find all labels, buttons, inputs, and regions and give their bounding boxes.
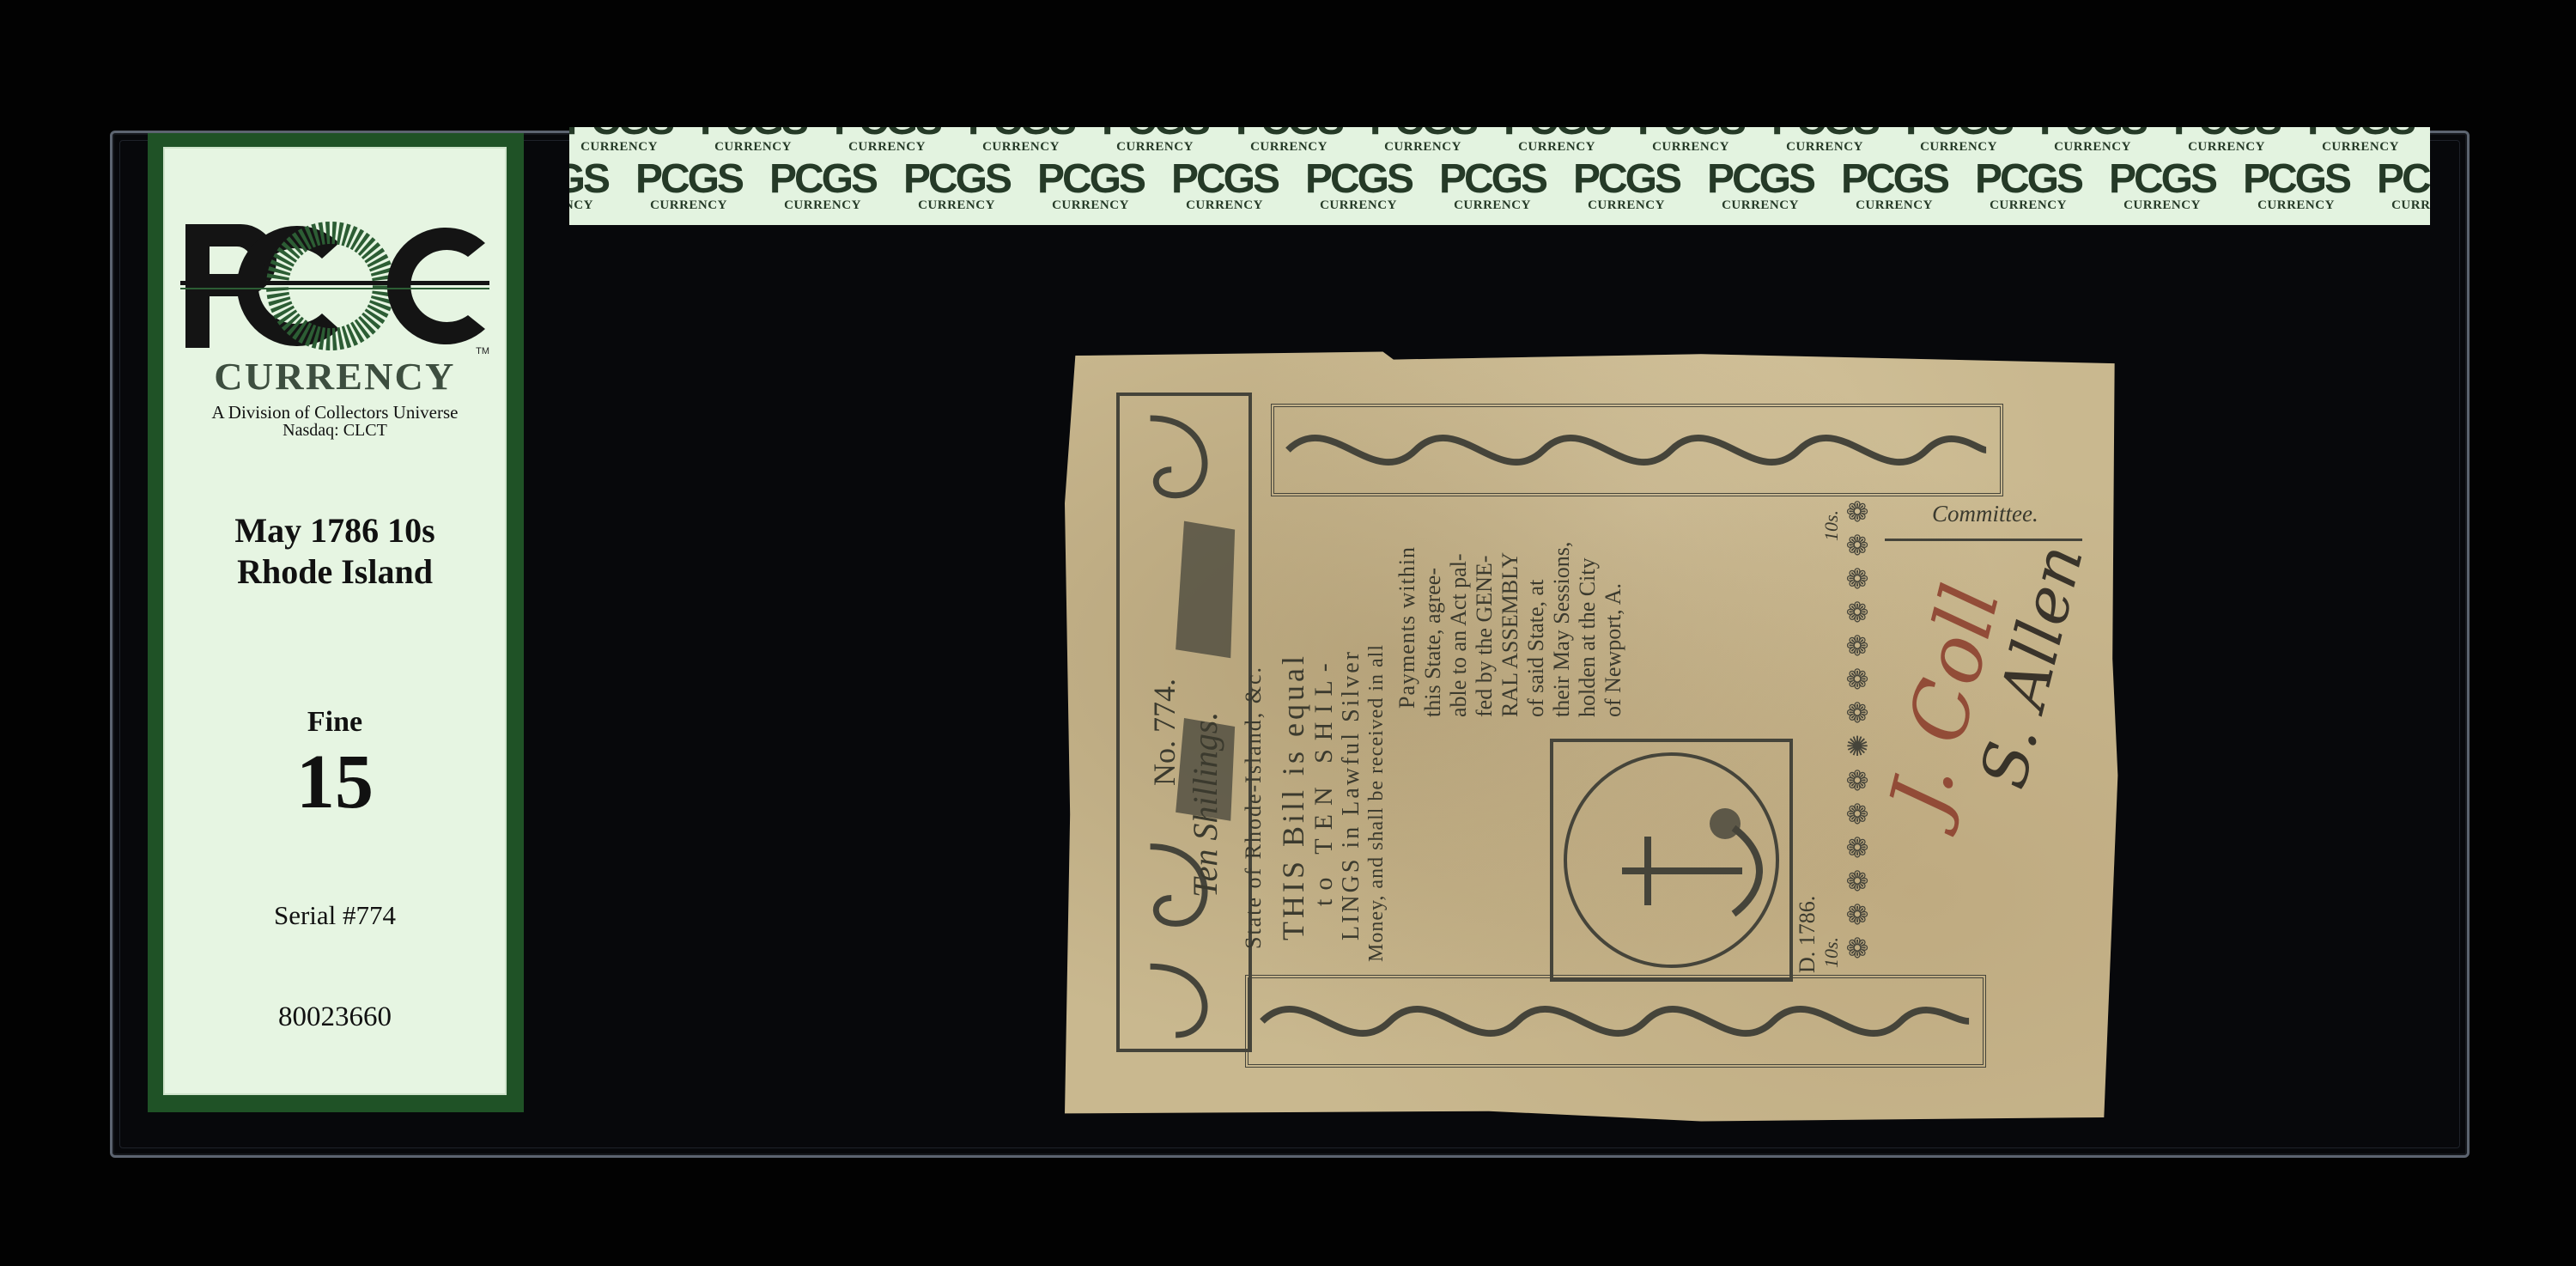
banner-logo: PCGSCURRENCY bbox=[1961, 160, 2095, 212]
grading-label-inner: TM CURRENCY A Division of Collectors Uni… bbox=[163, 147, 507, 1095]
rosette-icon: ❁ bbox=[1846, 867, 1869, 895]
banner-logo: PCGSCURRENCY bbox=[1222, 127, 1356, 154]
colonial-note: No. 774. Ten Shillings. State of Rhode-I… bbox=[1065, 348, 2125, 1125]
banner-row-top: PCGSCURRENCY PCGSCURRENCY PCGSCURRENCY P… bbox=[569, 127, 2427, 154]
note-body-line: holden at the City bbox=[1575, 557, 1601, 717]
eagle-icon bbox=[1176, 521, 1235, 659]
rosette-icon: ❁ bbox=[1846, 699, 1869, 727]
note-body-line: their May Sessions, bbox=[1549, 542, 1575, 717]
pcgs-security-banner: PCGSCURRENCY PCGSCURRENCY PCGSCURRENCY P… bbox=[569, 127, 2430, 225]
rosette-icon: ❁ bbox=[1846, 498, 1869, 526]
scroll-ornament-icon bbox=[1254, 983, 1978, 1059]
pcgs-logo-icon: TM bbox=[180, 217, 489, 355]
rosette-icon: ❁ bbox=[1846, 565, 1869, 593]
note-description-date: May 1786 10s bbox=[234, 510, 434, 551]
rosette-icon: ❁ bbox=[1846, 934, 1869, 962]
ticker-text: Nasdaq: CLCT bbox=[283, 422, 387, 440]
banner-logo: PCGSCURRENCY bbox=[756, 160, 890, 212]
note-body-line: THIS Bill is equal bbox=[1275, 653, 1311, 940]
note-bottom-border bbox=[1245, 975, 1986, 1068]
grading-label: TM CURRENCY A Division of Collectors Uni… bbox=[148, 133, 524, 1112]
note-denomination: Ten Shillings. bbox=[1185, 712, 1225, 898]
note-body-line: to TEN SHIL- bbox=[1309, 654, 1339, 906]
note-body-line: fed by the GENE- bbox=[1472, 556, 1498, 717]
cert-number: 80023660 bbox=[278, 1001, 392, 1033]
note-serial-number: No. 774. bbox=[1146, 679, 1182, 786]
rosette-icon: ✺ bbox=[1846, 733, 1869, 760]
note-value-mark-top: 10s. bbox=[1820, 510, 1843, 541]
banner-logo: PCGSCURRENCY bbox=[2363, 160, 2430, 212]
banner-logo: PCGSCURRENCY bbox=[890, 160, 1024, 212]
banner-logo: PCGSCURRENCY bbox=[2160, 127, 2293, 154]
banner-logo: PCGSCURRENCY bbox=[622, 160, 756, 212]
banner-logo: PCGSCURRENCY bbox=[686, 127, 820, 154]
banner-logo: PCGSCURRENCY bbox=[1157, 160, 1291, 212]
grade-number: 15 bbox=[296, 744, 374, 821]
note-body-line: of said State, at bbox=[1523, 580, 1549, 717]
grade-label: Fine bbox=[307, 706, 362, 739]
banner-logo: PCGSCURRENCY bbox=[1024, 160, 1157, 212]
division-text: A Division of Collectors Universe bbox=[212, 403, 459, 422]
committee-label: Committee. bbox=[1932, 501, 2038, 527]
pcgs-logo-graphic bbox=[180, 217, 489, 355]
note-left-border bbox=[1116, 393, 1252, 1052]
banner-logo: PCGSCURRENCY bbox=[569, 127, 686, 154]
serial-number: Serial #774 bbox=[274, 900, 396, 931]
rosette-icon: ❁ bbox=[1846, 834, 1869, 861]
rosette-column: ❁ ❁ ❁ ❁ ❁ ❁ ❁ ✺ ❁ ❁ ❁ ❁ ❁ ❁ bbox=[1842, 498, 1873, 962]
brand-subtitle: CURRENCY bbox=[214, 358, 455, 396]
banner-logo: PCGSCURRENCY bbox=[820, 127, 954, 154]
banner-row-middle: PCGSCURRENCY PCGSCURRENCY PCGSCURRENCY P… bbox=[569, 160, 2430, 212]
note-seal bbox=[1550, 739, 1793, 982]
note-body-line: RAL ASSEMBLY bbox=[1498, 552, 1523, 717]
banner-logo: PCGSCURRENCY bbox=[1827, 160, 1961, 212]
note-body-line: able to an Act pal- bbox=[1446, 553, 1472, 717]
banner-logo: PCGSCURRENCY bbox=[1291, 160, 1425, 212]
banner-logo: PCGSCURRENCY bbox=[1490, 127, 1624, 154]
rosette-icon: ❁ bbox=[1846, 767, 1869, 794]
note-body-line: Payments within bbox=[1394, 546, 1420, 709]
note-description-state: Rhode Island bbox=[237, 551, 433, 593]
note-value-mark-bottom: 10s. bbox=[1820, 937, 1843, 968]
rosette-icon: ❁ bbox=[1846, 632, 1869, 660]
note-body-line: Money, and shall be received in all bbox=[1365, 644, 1388, 962]
banner-logo: PCGSCURRENCY bbox=[1559, 160, 1693, 212]
note-body-line: this State, agree- bbox=[1420, 568, 1446, 717]
note-date: D. 1786. bbox=[1795, 896, 1820, 973]
banner-logo: PCGSCURRENCY bbox=[2095, 160, 2229, 212]
banner-logo: PCGSCURRENCY bbox=[2293, 127, 2427, 154]
note-body-line: of Newport, A. bbox=[1601, 583, 1626, 717]
anchor-icon bbox=[1553, 742, 1789, 978]
trademark-text: TM bbox=[476, 346, 489, 356]
rosette-icon: ❁ bbox=[1846, 599, 1869, 626]
scroll-ornament-icon bbox=[1279, 412, 1995, 488]
scroll-ornament-icon bbox=[1125, 401, 1243, 1044]
rosette-icon: ❁ bbox=[1846, 901, 1869, 928]
note-top-border bbox=[1271, 404, 2003, 496]
banner-logo: PCGSCURRENCY bbox=[954, 127, 1088, 154]
banner-logo: PCGSCURRENCY bbox=[1624, 127, 1758, 154]
banner-logo: PCGSCURRENCY bbox=[2026, 127, 2160, 154]
banner-logo: PCGSCURRENCY bbox=[1356, 127, 1490, 154]
banner-logo: PCGSCURRENCY bbox=[1693, 160, 1827, 212]
banner-logo: PCGSCURRENCY bbox=[569, 160, 622, 212]
banner-logo: PCGSCURRENCY bbox=[1088, 127, 1222, 154]
rosette-icon: ❁ bbox=[1846, 800, 1869, 828]
banner-logo: PCGSCURRENCY bbox=[1425, 160, 1559, 212]
banner-logo: PCGSCURRENCY bbox=[2229, 160, 2363, 212]
rosette-icon: ❁ bbox=[1846, 532, 1869, 559]
banner-logo: PCGSCURRENCY bbox=[1758, 127, 1892, 154]
note-body-line: LINGS in Lawful Silver bbox=[1338, 649, 1365, 940]
banner-logo: PCGSCURRENCY bbox=[1892, 127, 2026, 154]
rosette-icon: ❁ bbox=[1846, 666, 1869, 693]
note-state-title: State of Rhode-Island, &c. bbox=[1241, 666, 1267, 949]
